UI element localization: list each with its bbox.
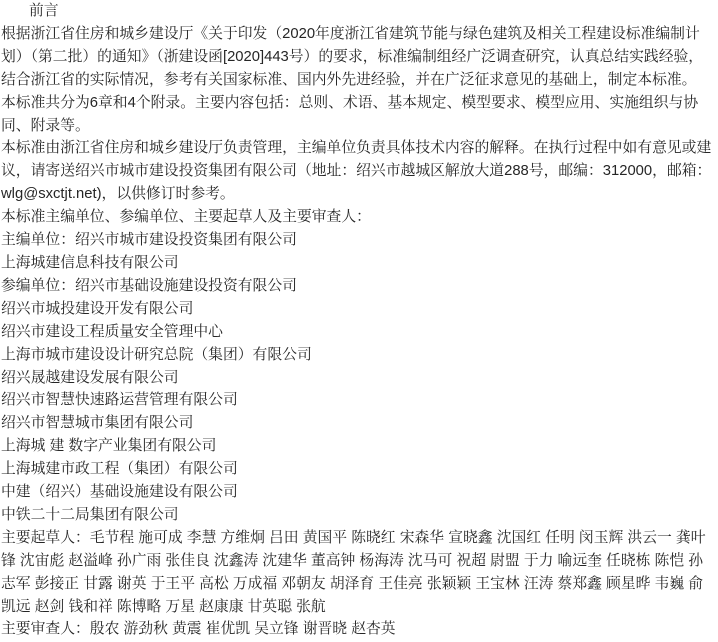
chief-editing-unit-line: 上海城建信息科技有限公司 <box>1 252 715 275</box>
paragraph-management: 本标准由浙江省住房和城乡建设厅负责管理，主编单位负责具体技术内容的解释。在执行过… <box>1 137 715 206</box>
participating-unit-line: 绍兴市城投建设开发有限公司 <box>1 298 715 321</box>
main-drafters-paragraph: 主要起草人：毛节程 施可成 李慧 方维炯 吕田 黄国平 陈晓红 宋森华 宣晓鑫 … <box>1 527 715 619</box>
main-reviewers-paragraph: 主要审查人：殷农 游劲秋 黄震 崔优凯 吴立锋 谢晋晓 赵杏英 <box>1 618 715 641</box>
participating-unit-line: 绍兴市智慧快速路运营管理有限公司 <box>1 389 715 412</box>
page-title: 前言 <box>1 0 715 23</box>
participating-unit-line: 中建（绍兴）基础设施建设有限公司 <box>1 481 715 504</box>
participating-unit-line: 参编单位：绍兴市基础设施建设投资有限公司 <box>1 275 715 298</box>
participating-unit-line: 绍兴晟越建设发展有限公司 <box>1 367 715 390</box>
chief-editing-unit-line: 主编单位：绍兴市城市建设投资集团有限公司 <box>1 229 715 252</box>
participating-unit-line: 绍兴市建设工程质量安全管理中心 <box>1 321 715 344</box>
participating-unit-line: 绍兴市智慧城市集团有限公司 <box>1 412 715 435</box>
participating-unit-line: 上海城建市政工程（集团）有限公司 <box>1 458 715 481</box>
standard-preface-document: 前言 根据浙江省住房和城乡建设厅《关于印发（2020年度浙江省建筑节能与绿色建筑… <box>0 0 716 641</box>
paragraph-contents: 本标准共分为6章和4个附录。主要内容包括：总则、术语、基本规定、模型要求、模型应… <box>1 92 715 138</box>
paragraph-units-intro: 本标准主编单位、参编单位、主要起草人及主要审查人： <box>1 206 715 229</box>
participating-unit-line: 上海城 建 数字产业集团有限公司 <box>1 435 715 458</box>
participating-unit-line: 中铁二十二局集团有限公司 <box>1 504 715 527</box>
paragraph-basis: 根据浙江省住房和城乡建设厅《关于印发（2020年度浙江省建筑节能与绿色建筑及相关… <box>1 23 715 92</box>
participating-unit-line: 上海市城市建设设计研究总院（集团）有限公司 <box>1 344 715 367</box>
